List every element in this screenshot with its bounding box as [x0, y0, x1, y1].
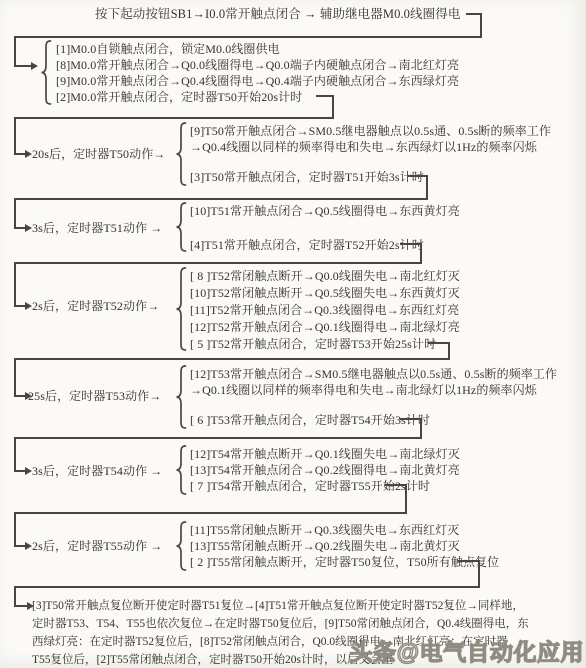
left-curly-brace-icon	[175, 365, 187, 429]
connector-line	[480, 13, 482, 38]
flow-step: →Q0.4线圈以同样的频率得电和失电→东西绿灯以1Hz的频率闪烁	[190, 140, 537, 154]
connector-line	[14, 65, 32, 67]
reset-paragraph-line: T55复位后，[2]T55常闭触点闭合，定时器T50开始20s计时，以后又会重	[32, 653, 393, 667]
connector-line	[385, 484, 407, 486]
reset-paragraph-line: 定时器T53、T54、T55也依次复位→在定时器T50复位后，[9]T50常闭触…	[32, 617, 529, 631]
connector-line	[420, 243, 422, 264]
connector-line	[14, 117, 16, 155]
flow-step: [ 2 ]T55常闭触点断开，定时器T50复位，T50所有触点复位	[190, 555, 499, 569]
connector-line	[426, 175, 428, 200]
connector-line	[14, 198, 16, 229]
left-curly-brace-icon	[175, 122, 187, 186]
timer-t51-action-label: 3s后，定时器T51动作 →	[32, 221, 162, 235]
connector-line	[14, 36, 482, 38]
arrow-head-icon	[25, 150, 32, 158]
start-sequence-text: 按下起动按钮SB1→I0.0常开触点闭合 → 辅助继电器M0.0线圈得电	[95, 7, 460, 21]
connector-line	[405, 484, 407, 514]
flow-step: [12]T52常开触点闭合→Q0.1线圈得电→南北绿灯亮	[190, 320, 460, 334]
connector-line	[400, 418, 422, 420]
connector-line	[14, 512, 407, 514]
flow-step: [1]M0.0自锁触点闭合，锁定M0.0线圈供电	[56, 42, 280, 56]
connector-line	[428, 342, 450, 344]
connector-line	[14, 437, 422, 439]
flow-step: [12]T54常开触点断开→Q0.1线圈失电→南北绿灯灭	[190, 447, 460, 461]
arrow-head-icon	[25, 224, 32, 232]
timer-t50-action-label: 20s后，定时器T50动作→	[32, 147, 165, 161]
connector-line	[14, 358, 16, 397]
left-curly-brace-icon	[175, 267, 187, 351]
timer-t54-action-label: 3s后，定时器T54动作 →	[32, 464, 162, 478]
connector-line	[14, 36, 16, 67]
left-curly-brace-icon	[175, 445, 187, 495]
flow-step: [9]M0.0常开触点闭合→Q0.4线圈得电→Q0.4端子内硬触点闭合→东西绿灯…	[56, 74, 459, 88]
reset-paragraph-line: [3]T50常开触点复位断开使定时器T51复位→[4]T51常开触点复位断开使定…	[32, 599, 524, 613]
connector-line	[478, 560, 480, 588]
flow-step: [13]T55常闭触点断开→Q0.2线圈失电→南北黄灯灭	[190, 539, 460, 553]
connector-line	[14, 198, 428, 200]
connector-line	[14, 358, 450, 360]
timer-t52-action-label: 2s后，定时器T52动作→	[32, 299, 159, 313]
connector-line	[14, 117, 334, 119]
flow-step: [ 7 ]T54常开触点闭合，定时器T55开始2s计时	[190, 479, 430, 493]
flow-step: [11]T52常开触点闭合→Q0.3线圈得电→东西红灯亮	[190, 303, 459, 317]
connector-line	[14, 586, 16, 607]
connector-line	[14, 262, 16, 307]
watermark-toutiao: 头条@电气自动化应用	[350, 634, 584, 667]
connector-line	[408, 175, 428, 177]
flow-step: [13]T54常开触点闭合→Q0.2线圈得电→南北黄灯亮	[190, 463, 460, 477]
flow-step: [11]T55常闭触点断开→Q0.3线圈失电→东西红灯灭	[190, 523, 459, 537]
left-curly-brace-icon	[175, 521, 187, 571]
connector-line	[14, 512, 16, 547]
connector-line	[400, 243, 422, 245]
timer-t53-action-label: 25s后，定时器T53动作→	[28, 389, 161, 403]
flow-step: [10]T52常闭触点断开→Q0.5线圈失电→东西黄灯灭	[190, 286, 460, 300]
connector-line	[458, 560, 480, 562]
flow-step: [ 5 ]T52常开触点闭合，定时器T53开始25s计时	[190, 337, 436, 351]
connector-line	[332, 95, 334, 119]
left-curly-brace-icon	[175, 202, 187, 252]
flow-step: [2]M0.0常开触点闭合，定时器T50开始20s计时	[56, 90, 302, 104]
connector-line	[14, 586, 480, 588]
connector-line	[420, 418, 422, 439]
arrow-head-icon	[31, 62, 38, 70]
flow-step: [ 6 ]T53常开触点闭合，定时器T54开始3s计时	[190, 413, 430, 427]
plc-sequence-flowchart: 按下起动按钮SB1→I0.0常开触点闭合 → 辅助继电器M0.0线圈得电 [1]…	[0, 0, 586, 668]
arrow-head-icon	[25, 302, 32, 310]
flow-step: [3]T50常开触点闭合，定时器T51开始3s计时	[190, 170, 424, 184]
connector-line	[14, 262, 422, 264]
flow-step: [ 8 ]T52常闭触点断开→Q0.0线圈失电→南北红灯灭	[190, 269, 460, 283]
connector-line	[14, 437, 16, 472]
timer-t55-action-label: 2s后，定时器T55动作 →	[32, 539, 162, 553]
flow-step: →Q0.1线圈以同样的频率得电和失电→南北绿灯以1Hz的频率闪烁	[190, 383, 537, 397]
left-curly-brace-icon	[40, 40, 52, 105]
flow-step: [10]T51常开触点闭合→Q0.5线圈得电→东西黄灯亮	[190, 204, 460, 218]
flow-step: [4]T51常开触点闭合，定时器T52开始2s计时	[190, 238, 424, 252]
flow-step: [9]T50常开触点闭合→SM0.5继电器触点以0.5s通、0.5s断的频率工作	[190, 124, 551, 138]
flow-step: [8]M0.0常开触点闭合→Q0.0线圈得电→Q0.0端子内硬触点闭合→南北红灯…	[56, 58, 459, 72]
flow-step: [12]T53常开触点闭合→SM0.5继电器触点以0.5s通、0.5s断的频率工…	[190, 367, 557, 381]
connector-line	[14, 605, 28, 607]
arrow-head-icon	[25, 467, 32, 475]
arrow-head-icon	[25, 542, 32, 550]
